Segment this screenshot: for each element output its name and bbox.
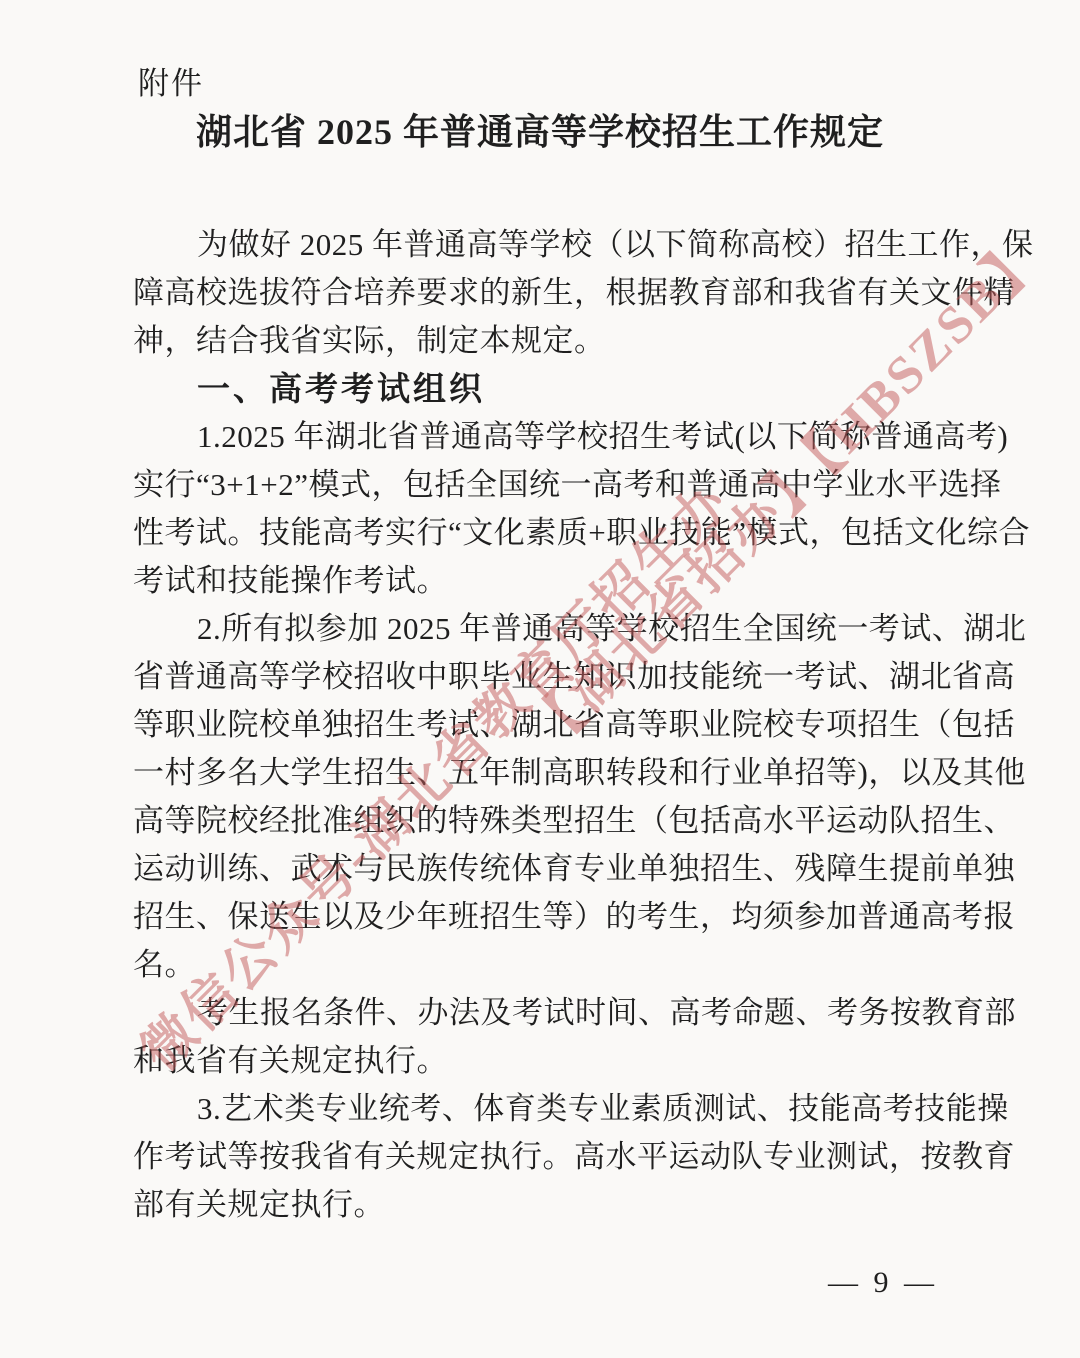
document-page: 附件 湖北省 2025 年普通高等学校招生工作规定 为做好 2025 年普通高等… xyxy=(0,0,1080,1358)
text-line: 作考试等按我省有关规定执行。高水平运动队专业测试，按教育 xyxy=(133,1133,957,1181)
text-line: 高等院校经批准组织的特殊类型招生（包括高水平运动队招生、 xyxy=(133,797,957,845)
document-body: 为做好 2025 年普通高等学校（以下简称高校）招生工作，保障高校选拔符合培养要… xyxy=(133,221,957,1229)
text-line: 招生、保送生以及少年班招生等）的考生，均须参加普通高考报 xyxy=(133,893,957,941)
attachment-label: 附件 xyxy=(138,58,204,103)
text-line: 1.2025 年湖北省普通高等学校招生考试(以下简称普通高考) xyxy=(133,413,957,461)
text-line: 等职业院校单独招生考试、湖北省高等职业院校专项招生（包括 xyxy=(133,701,957,749)
text-line: 省普通高等学校招收中职毕业生知识加技能统一考试、湖北省高 xyxy=(133,653,957,701)
text-line: 神，结合我省实际，制定本规定。 xyxy=(133,317,957,365)
text-line: 障高校选拔符合培养要求的新生，根据教育部和我省有关文件精 xyxy=(133,269,957,317)
text-line: 部有关规定执行。 xyxy=(133,1181,957,1229)
text-line: 为做好 2025 年普通高等学校（以下简称高校）招生工作，保 xyxy=(133,221,957,269)
text-line: 和我省有关规定执行。 xyxy=(133,1037,957,1085)
text-line: 实行“3+1+2”模式，包括全国统一高考和普通高中学业水平选择 xyxy=(133,461,957,509)
text-line: 2.所有拟参加 2025 年普通高等学校招生全国统一考试、湖北 xyxy=(133,605,957,653)
section-heading: 一、高考考试组织 xyxy=(133,365,957,413)
text-line: 一村多名大学生招生、五年制高职转段和行业单招等)，以及其他 xyxy=(133,749,957,797)
page-number: — 9 — xyxy=(828,1266,938,1300)
text-line: 运动训练、武术与民族传统体育专业单独招生、残障生提前单独 xyxy=(133,845,957,893)
text-line: 考生报名条件、办法及考试时间、高考命题、考务按教育部 xyxy=(133,989,957,1037)
text-line: 3.艺术类专业统考、体育类专业素质测试、技能高考技能操 xyxy=(133,1085,957,1133)
text-line: 名。 xyxy=(133,941,957,989)
text-line: 考试和技能操作考试。 xyxy=(133,557,957,605)
text-line: 性考试。技能高考实行“文化素质+职业技能”模式，包括文化综合 xyxy=(133,509,957,557)
page-title: 湖北省 2025 年普通高等学校招生工作规定 xyxy=(0,104,1080,155)
